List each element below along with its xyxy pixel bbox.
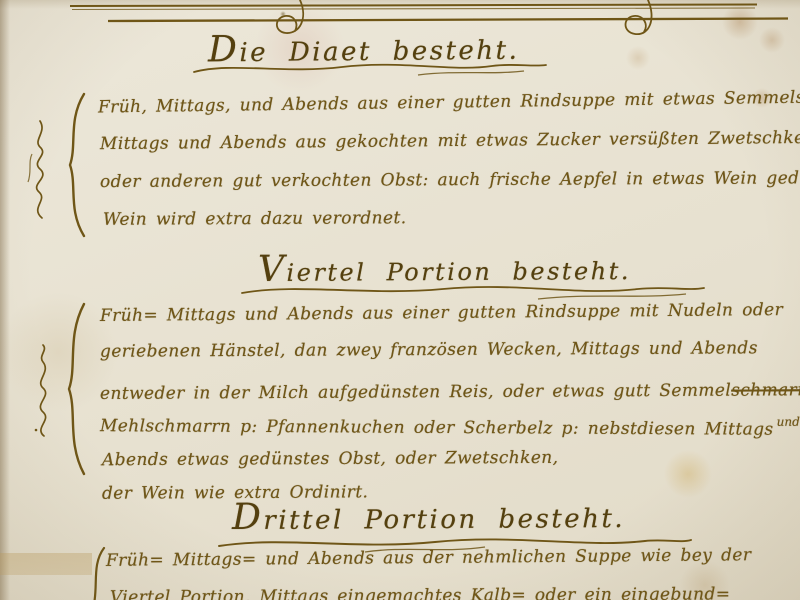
paragraph-brace — [86, 546, 108, 600]
manuscript-line: oder anderen gut verkochten Obst: auch f… — [100, 168, 800, 192]
superscript-insertion: und — [777, 415, 800, 429]
manuscript-line: Früh= Mittags und Abends aus einer gutte… — [100, 300, 783, 326]
paragraph-brace — [60, 90, 90, 240]
manuscript-line: Mittags und Abends aus gekochten mit etw… — [100, 128, 800, 154]
manuscript-line-with-correction: entweder in der Milch aufgedünsten Reis,… — [100, 375, 800, 404]
margin-annotation — [18, 112, 62, 224]
manuscript-line-clipped: Viertel Portion, Mittags eingemachtes Ka… — [110, 584, 730, 600]
paragraph-brace — [58, 300, 90, 478]
manuscript-line: Früh= Mittags= und Abends aus der nehmli… — [106, 545, 751, 571]
manuscript-page: Die Diaet besteht. Früh, Mittags, und Ab… — [0, 0, 800, 600]
manuscript-line: Abends etwas gedünstes Obst, oder Zwetsc… — [102, 448, 559, 470]
margin-annotation — [22, 342, 62, 442]
line-text: Mehlschmarrn p: Pfannenkuchen oder Scher… — [100, 416, 774, 440]
heading-underline-flourish — [190, 58, 550, 78]
manuscript-line: geriebenen Hänstel, dan zwey französen W… — [100, 338, 758, 361]
strikethrough-word: schmarn — [731, 380, 800, 400]
manuscript-line: Wein wird extra dazu verordnet. — [103, 208, 407, 230]
heading-underline-flourish — [238, 280, 708, 302]
manuscript-line: Früh, Mittags, und Abends aus einer gutt… — [98, 87, 800, 118]
line-text: entweder in der Milch aufgedünsten Reis,… — [100, 381, 731, 404]
manuscript-line-with-insertion: Mehlschmarrn p: Pfannenkuchen oder Scher… — [100, 411, 800, 440]
